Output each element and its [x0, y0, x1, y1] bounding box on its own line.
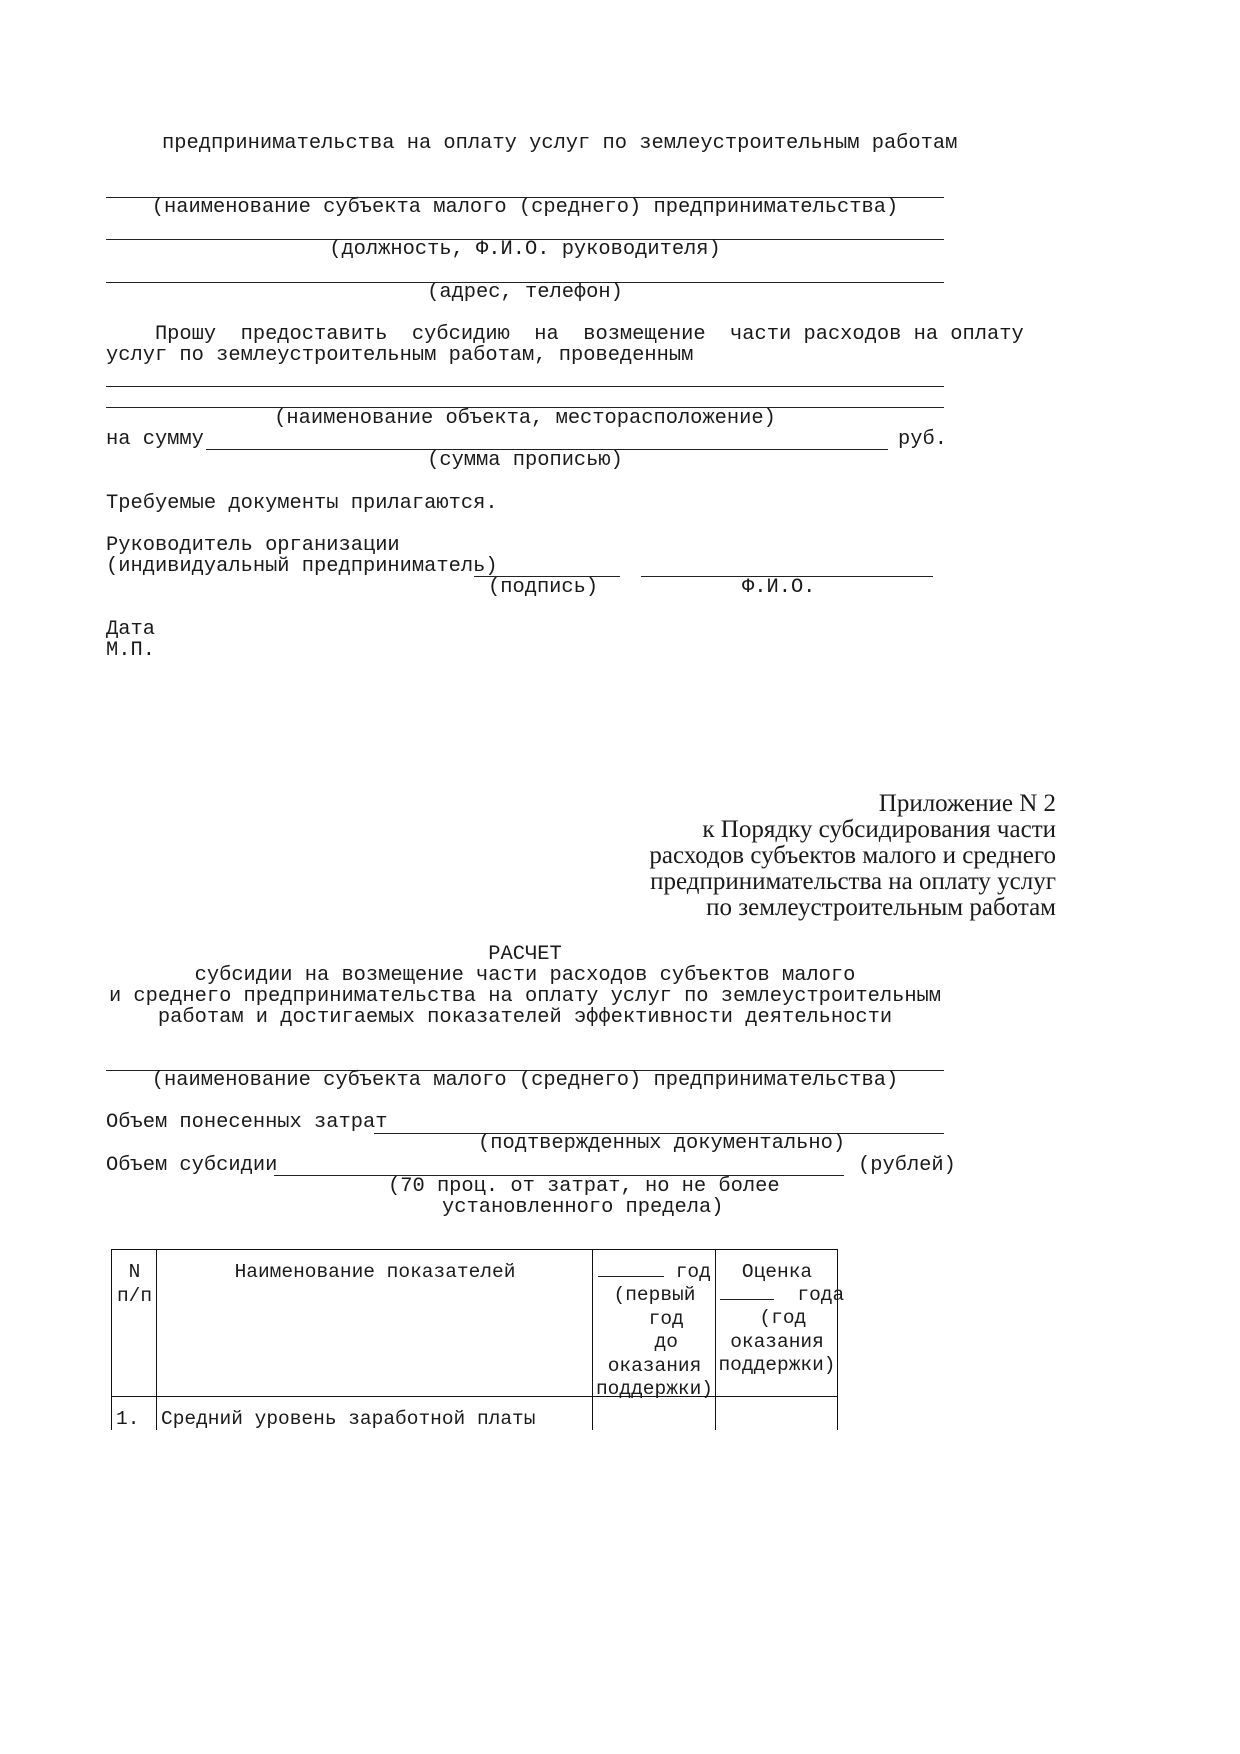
table-top-border	[111, 1249, 838, 1250]
object-label: (наименование объекта, месторасположение…	[106, 408, 944, 429]
appendix-line: по землеустроительным работам	[649, 895, 1056, 921]
table-header-divider	[111, 1396, 838, 1397]
appendix-line: к Порядку субсидирования части	[649, 817, 1056, 843]
row-num: 1.	[116, 1408, 139, 1432]
calculation-subtitle-3: работам и достигаемых показателей эффект…	[106, 1007, 944, 1028]
address-phone-label: (адрес, телефон)	[106, 282, 944, 303]
fio-label: Ф.И.О.	[742, 577, 815, 598]
calc-entity-label: (наименование субъекта малого (среднего)…	[106, 1070, 944, 1091]
amount-label: (сумма прописью)	[106, 450, 944, 471]
heading-tail: предпринимательства на оплату услуг по з…	[162, 133, 957, 154]
header-estimate-title: Оценка	[717, 1261, 837, 1285]
stamp-label: М.П.	[106, 640, 155, 661]
table-col-divider-3	[715, 1249, 716, 1430]
table-left-border	[111, 1249, 112, 1430]
year-before-blank[interactable]	[598, 1261, 664, 1277]
head-position-name-label: (должность, Ф.И.О. руководителя)	[106, 239, 944, 260]
subsidy-note-1: (70 проц. от затрат, но не более	[388, 1176, 780, 1197]
estimate-suffix: года	[797, 1284, 844, 1306]
date-label: Дата	[106, 619, 155, 640]
row-year-before-value[interactable]	[596, 1408, 713, 1430]
request-text-line-2: услуг по землеустроительным работам, про…	[106, 345, 693, 366]
table-right-border	[837, 1249, 838, 1430]
appendix-line: расходов субъектов малого и среднего	[649, 843, 1056, 869]
header-estimate-year: года	[720, 1284, 844, 1308]
table-col-divider-1	[156, 1249, 157, 1430]
subsidy-label: Объем субсидии	[106, 1155, 277, 1176]
calculation-title: РАСЧЕТ	[106, 944, 944, 965]
costs-note: (подтвержденных документально)	[478, 1133, 845, 1154]
year-before-suffix: год	[676, 1261, 711, 1283]
object-field-line-1[interactable]	[106, 386, 944, 387]
subsidy-unit: (рублей)	[858, 1155, 956, 1176]
appendix-title: Приложение N 2	[649, 791, 1056, 817]
table-col-divider-2	[592, 1249, 593, 1430]
row-estimate-value[interactable]	[719, 1408, 835, 1430]
costs-label: Объем понесенных затрат	[106, 1112, 387, 1133]
appendix-block: Приложение N 2 к Порядку субсидирования …	[649, 791, 1056, 921]
calculation-subtitle-1: субсидии на возмещение части расходов су…	[106, 965, 944, 986]
entity-name-label: (наименование субъекта малого (среднего)…	[106, 197, 944, 218]
appendix-line: предпринимательства на оплату услуг	[649, 869, 1056, 895]
signatory-line-2: (индивидуальный предприниматель)	[106, 556, 498, 577]
calculation-subtitle-2: и среднего предпринимательства на оплату…	[106, 986, 944, 1007]
header-name: Наименование показателей	[158, 1261, 592, 1285]
request-text-line-1: Прошу предоставить субсидию на возмещени…	[106, 324, 1024, 345]
subsidy-note-2: установленного предела)	[442, 1197, 723, 1218]
amount-prefix: на сумму	[106, 429, 204, 450]
amount-suffix: руб.	[898, 429, 947, 450]
documents-attached: Требуемые документы прилагаются.	[106, 493, 498, 514]
row-indicator-name: Средний уровень заработной платы	[161, 1408, 535, 1432]
header-num: N п/п	[113, 1261, 156, 1308]
header-year-before-note: (первый год до оказания поддержки)	[594, 1284, 715, 1402]
signatory-line-1: Руководитель организации	[106, 535, 400, 556]
signature-label: (подпись)	[488, 577, 598, 598]
header-year-before: год	[598, 1261, 711, 1285]
estimate-year-blank[interactable]	[720, 1284, 774, 1300]
header-estimate-note: (год оказания поддержки)	[717, 1307, 837, 1378]
